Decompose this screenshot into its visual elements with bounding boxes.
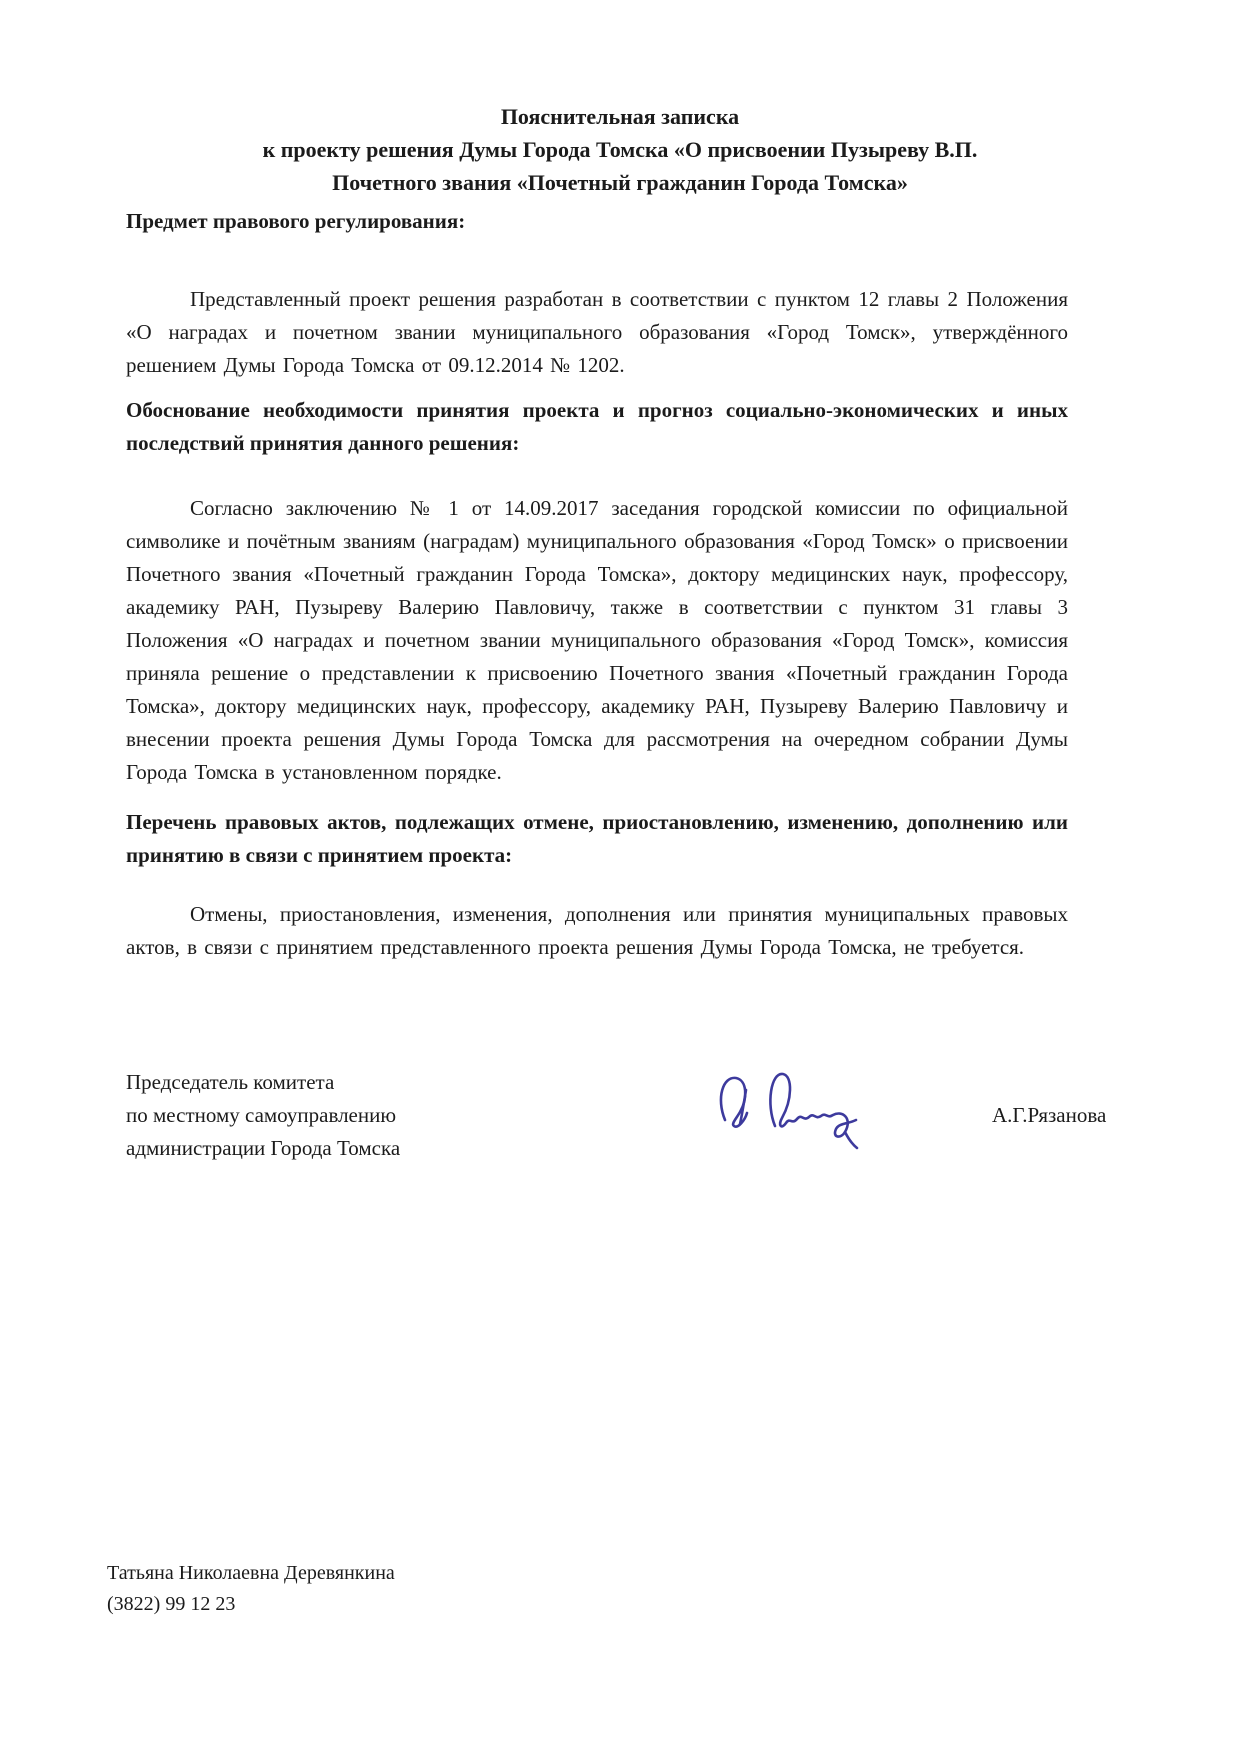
document-page: Пояснительная записка к проекту решения … [0, 0, 1240, 1753]
section-heading-justification: Обоснование необходимости принятия проек… [126, 394, 1068, 460]
contact-phone: (3822) 99 12 23 [107, 1589, 395, 1620]
document-title: Пояснительная записка к проекту решения … [0, 100, 1240, 199]
contact-block: Татьяна Николаевна Деревянкина (3822) 99… [107, 1558, 395, 1620]
paragraph-acts-list: Отмены, приостановления, изменения, допо… [126, 898, 1068, 964]
section-heading-subject: Предмет правового регулирования: [126, 205, 1068, 238]
signatory-position-block: Председатель комитета по местному самоуп… [126, 1066, 400, 1165]
signatory-position-line-1: Председатель комитета [126, 1066, 400, 1099]
signatory-name: А.Г.Рязанова [992, 1102, 1106, 1128]
title-line-1: Пояснительная записка [0, 100, 1240, 133]
section-heading-acts-list: Перечень правовых актов, подлежащих отме… [126, 806, 1068, 872]
paragraph-justification: Согласно заключению № 1 от 14.09.2017 за… [126, 492, 1068, 789]
title-line-2: к проекту решения Думы Города Томска «О … [0, 133, 1240, 166]
signatory-position-line-2: по местному самоуправлению [126, 1099, 400, 1132]
handwritten-signature-icon [695, 1062, 875, 1157]
signatory-position-line-3: администрации Города Томска [126, 1132, 400, 1165]
title-line-3: Почетного звания «Почетный гражданин Гор… [0, 166, 1240, 199]
contact-name: Татьяна Николаевна Деревянкина [107, 1558, 395, 1589]
paragraph-subject: Представленный проект решения разработан… [126, 283, 1068, 382]
